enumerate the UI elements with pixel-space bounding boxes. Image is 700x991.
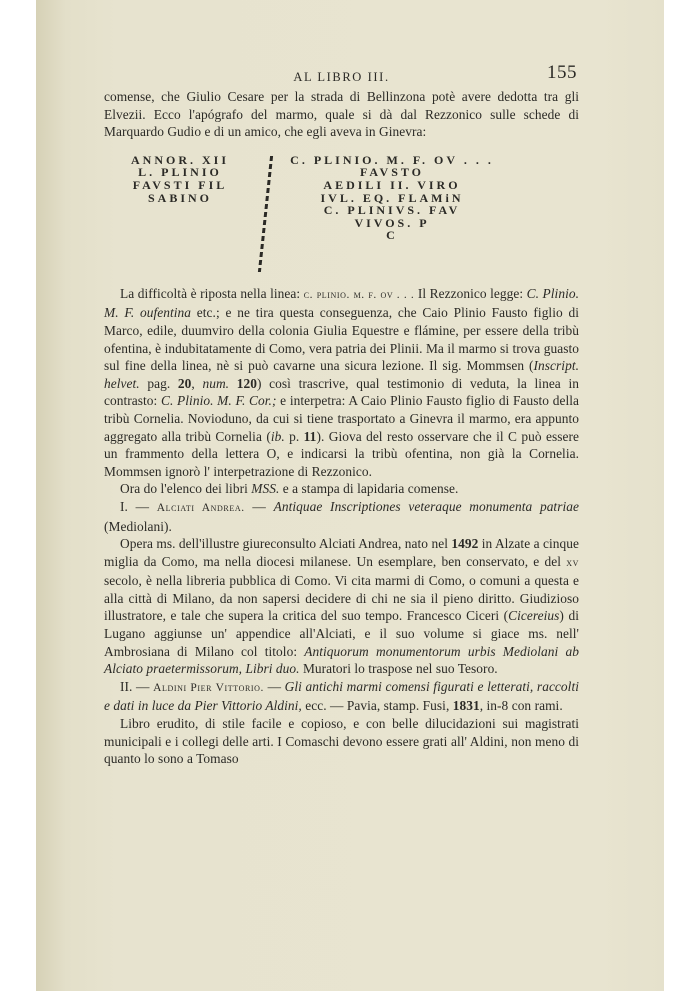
- inscription-line: C: [282, 229, 502, 242]
- paragraph-difficulty: La difficoltà è riposta nella linea: c. …: [104, 285, 579, 481]
- running-head: AL LIBRO III. 155: [104, 66, 579, 88]
- paragraph-aldini: Libro erudito, di stile facile e copioso…: [104, 715, 579, 768]
- inscription-right-column: C. PLINIO. M. F. OV . . . FAVSTO AEDILI …: [282, 154, 502, 242]
- inscription-line: FAVSTI FIL: [110, 179, 250, 192]
- entry-author: Aldini Pier Vittorio.: [153, 682, 264, 694]
- paragraph-list-intro: Ora do l'elenco dei libri MSS. e a stamp…: [104, 480, 579, 498]
- page-number: 155: [547, 64, 577, 82]
- running-title: AL LIBRO III.: [104, 69, 579, 87]
- inscription: ANNOR. XII L. PLINIO FAVSTI FIL SABINO C…: [104, 154, 579, 276]
- page-content: AL LIBRO III. 155 comense, che Giulio Ce…: [104, 66, 579, 768]
- inscription-left-column: ANNOR. XII L. PLINIO FAVSTI FIL SABINO: [110, 154, 250, 204]
- entry-title: Antiquae Inscriptiones veteraque monumen…: [274, 499, 579, 514]
- inscription-line: SABINO: [110, 192, 250, 205]
- inscription-divider: [258, 156, 273, 272]
- entry-author: Alciati Andrea.: [157, 502, 245, 514]
- inscription-line: C. PLINIVS. FAV: [282, 204, 502, 217]
- paragraph-intro: comense, che Giulio Cesare per la strada…: [104, 88, 579, 141]
- inscription-line: AEDILI II. VIRO: [282, 179, 502, 192]
- paragraph-alciati: Opera ms. dell'illustre giureconsulto Al…: [104, 535, 579, 678]
- book-page: AL LIBRO III. 155 comense, che Giulio Ce…: [36, 0, 664, 991]
- bibliography-entry-1: I. — Alciati Andrea. — Antiquae Inscript…: [104, 498, 579, 535]
- bibliography-entry-2: II. — Aldini Pier Vittorio. — Gli antich…: [104, 678, 579, 715]
